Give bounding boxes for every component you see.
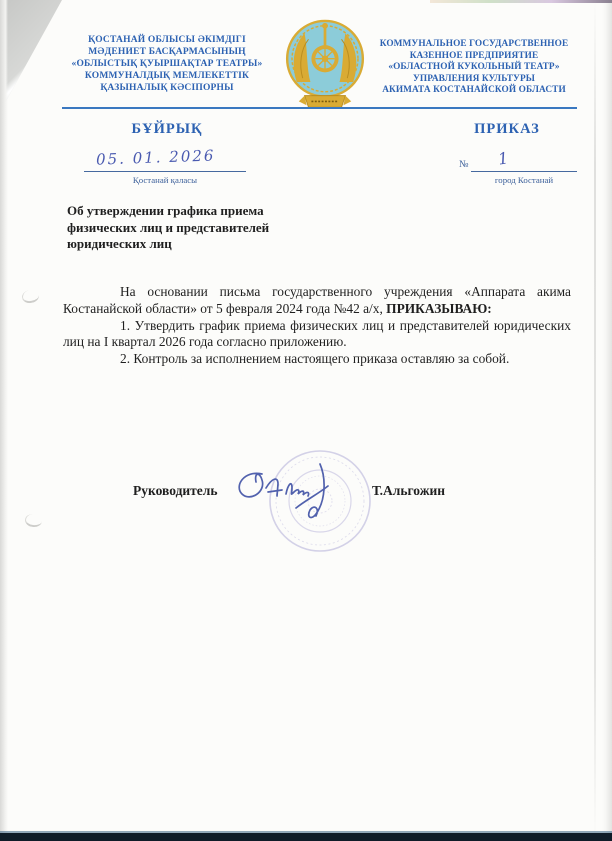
letterhead-ru-line: «ОБЛАСТНОЙ КУКОЛЬНЫЙ ТЕАТР» [366,62,582,74]
body-item-1: 1. Утвердить график приема физических ли… [63,318,571,352]
order-subject: Об утверждении графика приема физических… [67,203,347,253]
staple-mark [21,289,40,305]
subject-line: Об утверждении графика приема [67,203,347,220]
letterhead-kk-line: ҚОСТАНАЙ ОБЛЫСЫ ӘКІМДІГІ [58,34,276,46]
letterhead-kk-line: МӘДЕНИЕТ БАСҚАРМАСЫНЫҢ [58,46,276,58]
signature-name: Т.Альгожин [372,483,445,499]
letterhead-divider-rule [62,107,577,109]
subject-line: физических лиц и представителей [67,220,347,237]
body-intro-text: На основании письма государственного учр… [63,284,571,316]
order-title-russian: ПРИКАЗ [432,121,582,138]
paper-left-edge-shadow [0,0,8,841]
scan-top-artifact [430,0,612,3]
order-title-kazakh: БҰЙРЫҚ [92,121,242,138]
body-prikazyvayu: ПРИКАЗЫВАЮ: [386,301,492,316]
number-sign-label: № [459,159,469,170]
scanner-corner-fold-highlight [0,0,62,112]
signature-role-label: Руководитель [133,483,218,499]
letterhead-kk-line: «ОБЛЫСТЫҚ ҚУЫРШАҚТАР ТЕАТРЫ» [58,58,276,70]
place-russian: город Костанай [471,175,577,185]
order-body: На основании письма государственного учр… [63,284,571,368]
letterhead-ru-line: КАЗЕННОЕ ПРЕДПРИЯТИЕ [366,51,582,63]
letterhead-ru-line: УПРАВЛЕНИЯ КУЛЬТУРЫ [366,74,582,86]
letterhead-kk-line: КОММУНАЛДЫҚ МЕМЛЕКЕТТІК [58,70,276,82]
letterhead-ru-line: КОММУНАЛЬНОЕ ГОСУДАРСТВЕННОЕ [366,39,582,51]
scanned-order-document: ҚОСТАНАЙ ОБЛЫСЫ ӘКІМДІГІ МӘДЕНИЕТ БАСҚАР… [0,0,612,841]
number-underline [471,171,577,172]
handwritten-date: 05. 01. 2026 [96,145,247,168]
letterhead-kazakh: ҚОСТАНАЙ ОБЛЫСЫ ӘКІМДІГІ МӘДЕНИЕТ БАСҚАР… [58,34,276,94]
place-kazakh: Қостанай қаласы [84,175,246,185]
paper-right-edge-shadow [602,0,612,841]
letterhead-kk-line: ҚАЗЫНАЛЫҚ КӘСІПОРНЫ [58,82,276,94]
kazakhstan-emblem-icon [281,18,369,115]
body-intro-paragraph: На основании письма государственного учр… [63,284,571,318]
scanner-bottom-strip [0,833,612,841]
staple-mark [24,513,42,528]
letterhead-russian: КОММУНАЛЬНОЕ ГОСУДАРСТВЕННОЕ КАЗЕННОЕ ПР… [366,39,582,97]
subject-line: юридических лиц [67,236,347,253]
paper-fold-line [594,0,596,841]
signature-scribble [232,452,344,532]
date-underline [84,171,246,172]
letterhead-ru-line: АКИМАТА КОСТАНАЙСКОЙ ОБЛАСТИ [366,85,582,97]
handwritten-number: 1 [497,148,510,168]
body-item-2: 2. Контроль за исполнением настоящего пр… [63,351,571,368]
